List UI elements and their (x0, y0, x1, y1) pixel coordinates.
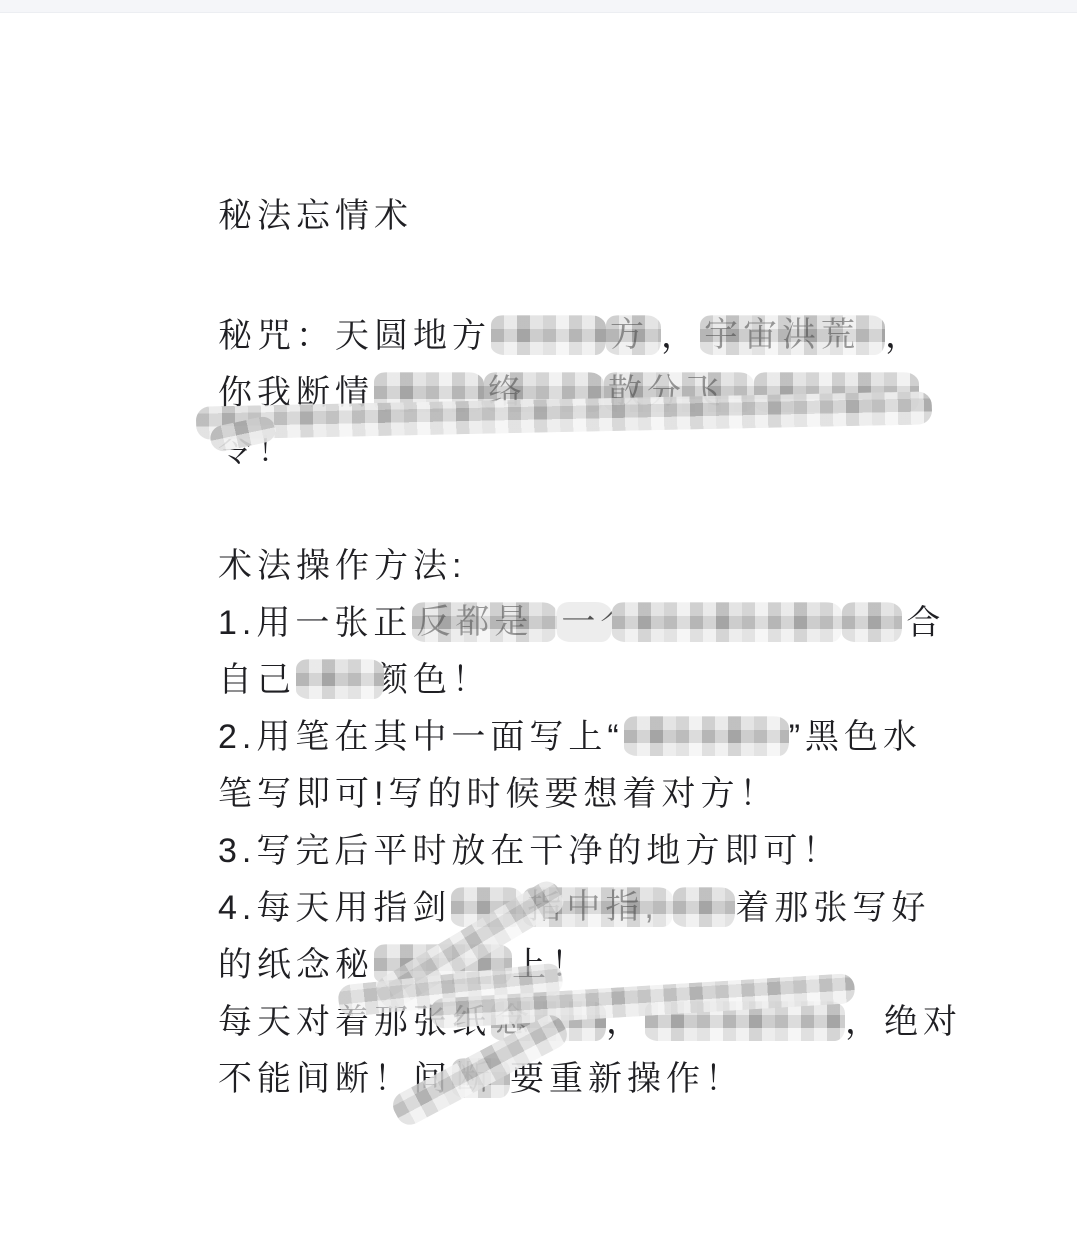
text-run: ”黑色水 (789, 718, 922, 756)
text-run: 秘法忘情术 (218, 197, 413, 235)
step-1-line-2: 自己颜色！ (218, 652, 1077, 709)
text-run: 3.写完后平时放在干净的地方即可！ (218, 832, 841, 870)
step-1-line-1: 1.用一张正反都是一个符合 (218, 595, 1077, 652)
text-run: ， (661, 317, 700, 355)
censored-text-fragment: 反都是 (416, 602, 533, 642)
text-run: 4.每天用指剑 (218, 889, 451, 927)
censor-block: 一个 (557, 602, 612, 642)
text-run: 要重新操作！ (510, 1060, 744, 1098)
step-3-line: 3.写完后平时放在干净的地方即可！ (218, 823, 1077, 880)
spell-line-1: 秘咒：天圆地方方，宇宙洪荒， (218, 308, 1077, 365)
censor-block: 宇宙洪荒 (700, 315, 885, 355)
censor-block: 方 (606, 315, 661, 355)
censor-block (491, 315, 606, 355)
text-run: 2.用笔在其中一面写上“ (218, 718, 624, 756)
text-run: 笔写即可!写的时候要想着对方！ (218, 775, 778, 813)
step-4-line-1: 4.每天用指剑指中指,着那张写好 (218, 880, 1077, 937)
censor-block (624, 716, 789, 756)
screenshot-page: 秘法忘情术秘咒：天圆地方方，宇宙洪荒，你我断情络散分飞令！术法操作方法:1.用一… (0, 0, 1077, 1246)
censored-text-fragment: 宇宙洪荒 (704, 315, 860, 355)
censored-text-fragment: 一个 (561, 602, 612, 642)
text-run: 自己 (218, 661, 296, 699)
text-run: 术法操作方法: (218, 547, 466, 585)
status-bar (0, 0, 1077, 13)
censor-block (612, 602, 842, 642)
text-run: 颜色！ (374, 661, 491, 699)
text-run: ， (885, 317, 924, 355)
text-run: 的纸念秘 (218, 946, 374, 984)
censor-block: 反都是 (412, 602, 557, 642)
section-heading: 术法操作方法: (218, 538, 1077, 595)
censor-block (673, 887, 735, 927)
text-run: 1.用一张正 (218, 604, 412, 642)
text-run: ，绝对 (845, 1003, 962, 1041)
step-2-line-1: 2.用笔在其中一面写上“”黑色水 (218, 709, 1077, 766)
doc-title: 秘法忘情术 (218, 188, 1077, 245)
text-document: 秘法忘情术秘咒：天圆地方方，宇宙洪荒，你我断情络散分飞令！术法操作方法:1.用一… (218, 188, 1077, 1108)
censor-block (842, 602, 902, 642)
censored-text-fragment: 方 (610, 315, 649, 355)
daily-line-2: 不能间断！间断要重新操作！ (218, 1051, 1077, 1108)
step-2-line-2: 笔写即可!写的时候要想着对方！ (218, 766, 1077, 823)
text-run: 着那张写好 (735, 889, 930, 927)
censor-block (296, 659, 384, 699)
text-run: 秘咒：天圆地方 (218, 317, 491, 355)
